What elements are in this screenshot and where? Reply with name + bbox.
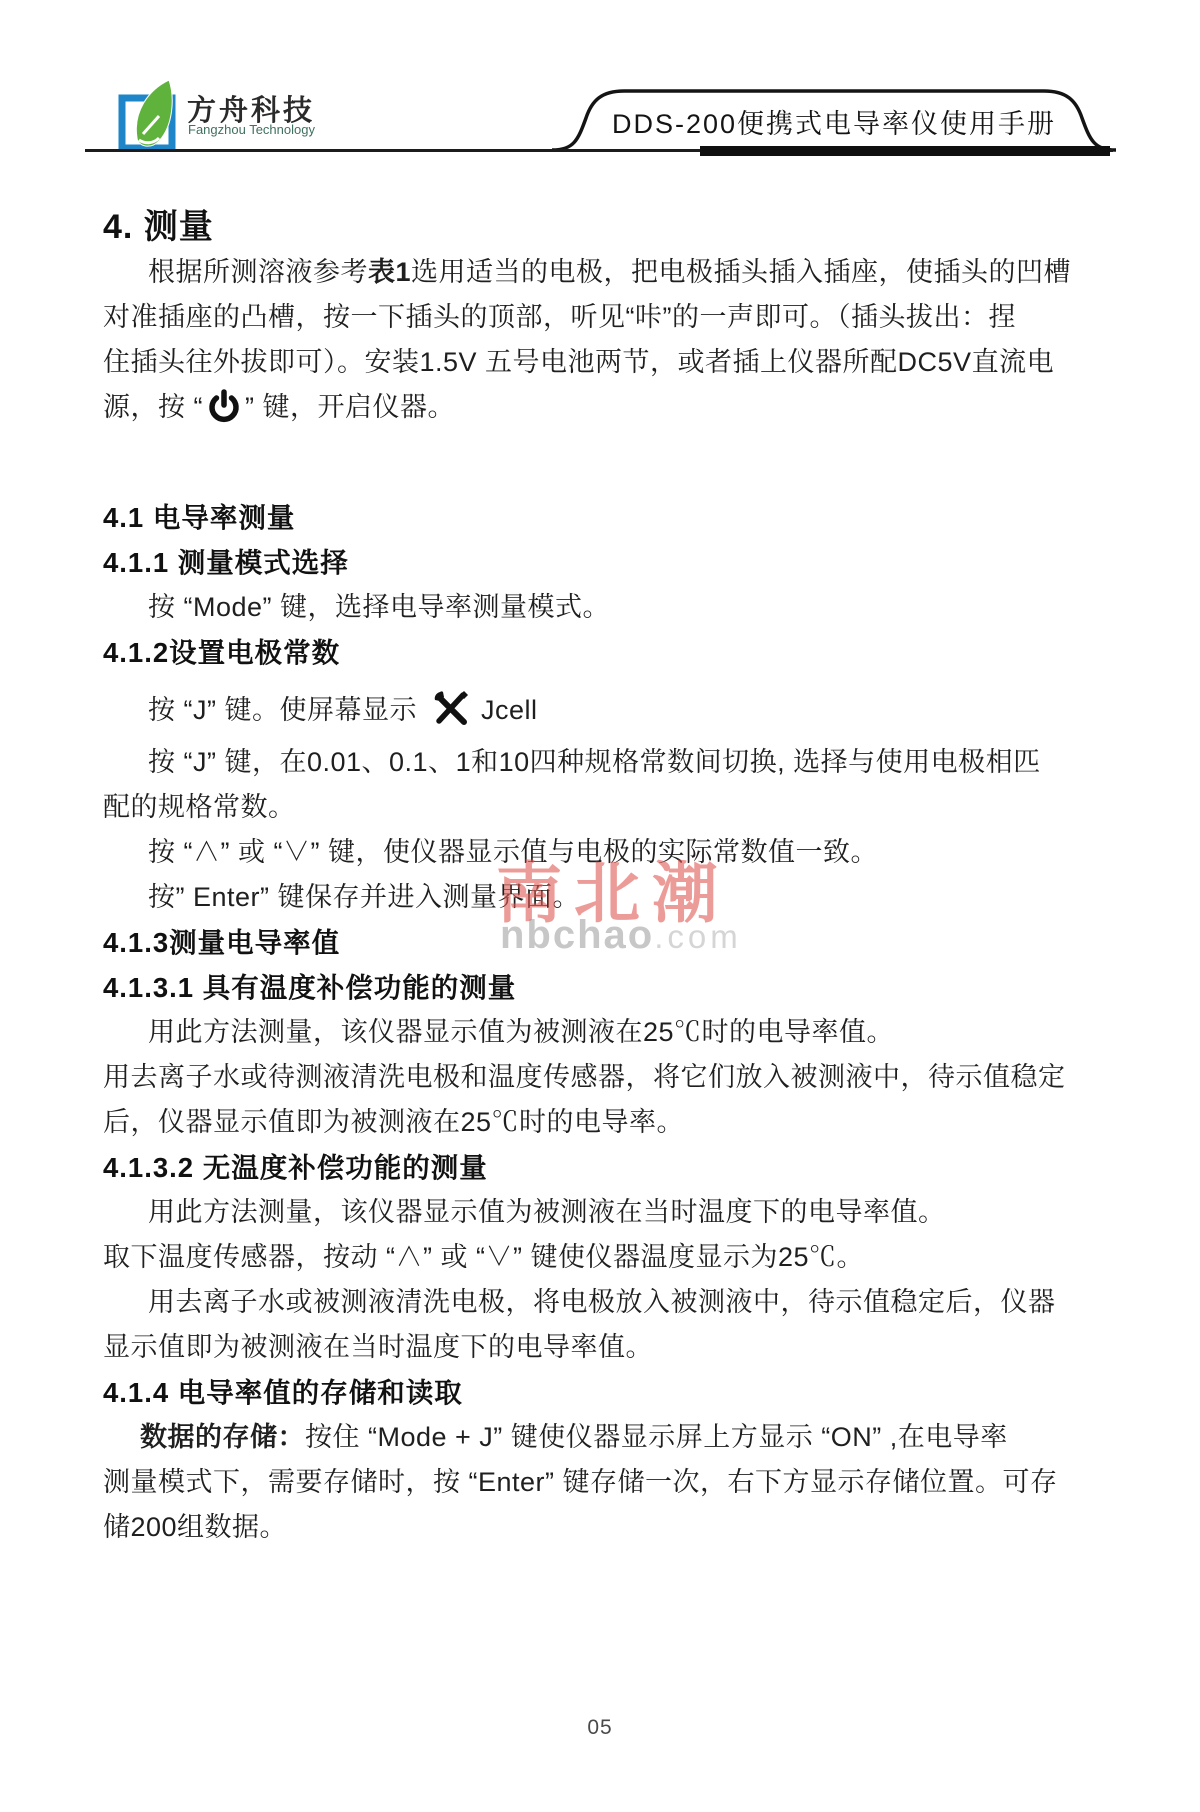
title-banner: DDS-200便携式电导率仪使用手册 — [548, 80, 1120, 152]
power-icon — [207, 389, 241, 423]
manual-title: DDS-200便携式电导率仪使用手册 — [584, 102, 1084, 141]
text-segment: 按住 “Mode + J” 键使仪器显示屏上方显示 “ON” ,在电导率 — [305, 1422, 1008, 1452]
manual-page: 方舟科技 Fangzhou Technology DDS-200便携式电导率仪使… — [0, 0, 1200, 1812]
text-segment-bold: 表1 — [368, 257, 411, 287]
text-segment: 源，按 “ — [103, 392, 203, 422]
body-line: 后，仪器显示值即为被测液在25℃时的电导率。 — [103, 1100, 1140, 1145]
section-heading-4-1-3-2: 4.1.3.2 无温度补偿功能的测量 — [103, 1145, 1140, 1190]
body-line: 按” Enter” 键保存并进入测量界面。 — [103, 875, 1140, 920]
body-line: 按 “J” 键，在0.01、0.1、1和10四种规格常数间切换, 选择与使用电极… — [103, 740, 1140, 785]
body-line: 根据所测溶液参考表1选用适当的电极，把电极插头插入插座，使插头的凹槽 — [103, 250, 1140, 295]
body-line: 对准插座的凸槽，按一下插头的顶部，听见“咔”的一声即可。（插头拔出：捏 — [103, 295, 1140, 340]
section-heading-4-1-1: 4.1.1 测量模式选择 — [103, 540, 1140, 585]
document-body: 4. 测量 根据所测溶液参考表1选用适当的电极，把电极插头插入插座，使插头的凹槽… — [103, 205, 1140, 1550]
section-heading-4-1-4: 4.1.4 电导率值的存储和读取 — [103, 1370, 1140, 1415]
text-segment: 按 “J” 键。使屏幕显示 — [148, 695, 417, 725]
body-line: 住插头往外拔即可）。安装1.5V 五号电池两节，或者插上仪器所配DC5V直流电 — [103, 340, 1140, 385]
body-line: 配的规格常数。 — [103, 785, 1140, 830]
body-line: 显示值即为被测液在当时温度下的电导率值。 — [103, 1325, 1140, 1370]
body-line: 源，按 “” 键，开启仪器。 — [103, 385, 1140, 430]
body-line: 用此方法测量，该仪器显示值为被测液在25℃时的电导率值。 — [103, 1010, 1140, 1055]
text-segment: 选用适当的电极，把电极插头插入插座，使插头的凹槽 — [411, 257, 1071, 287]
body-line: 储200组数据。 — [103, 1505, 1140, 1550]
company-logo: 方舟科技 Fangzhou Technology — [115, 78, 415, 158]
body-line: 用去离子水或被测液清洗电极，将电极放入被测液中，待示值稳定后，仪器 — [103, 1280, 1140, 1325]
body-line: 数据的存储：按住 “Mode + J” 键使仪器显示屏上方显示 “ON” ,在电… — [103, 1415, 1140, 1460]
text-segment-bold: 数据的存储： — [140, 1422, 305, 1452]
section-heading-4: 4. 测量 — [103, 205, 1140, 250]
body-line: 用此方法测量，该仪器显示值为被测液在当时温度下的电导率值。 — [103, 1190, 1140, 1235]
header-rule-thick — [700, 146, 1110, 156]
body-line: 按 “Mode” 键，选择电导率测量模式。 — [103, 585, 1140, 630]
jcell-label: Jcell — [481, 695, 538, 725]
company-name-en: Fangzhou Technology — [188, 122, 315, 137]
body-line: 取下温度传感器，按动 “∧” 或 “∨” 键使仪器温度显示为25℃。 — [103, 1235, 1140, 1280]
page-number: 05 — [0, 1716, 1200, 1740]
logo-mark — [115, 78, 185, 158]
text-segment: ” 键，开启仪器。 — [245, 392, 455, 422]
section-heading-4-1-3-1: 4.1.3.1 具有温度补偿功能的测量 — [103, 965, 1140, 1010]
body-line: 用去离子水或待测液清洗电极和温度传感器，将它们放入被测液中，待示值稳定 — [103, 1055, 1140, 1100]
tools-icon — [431, 688, 471, 728]
text-segment: 根据所测溶液参考 — [148, 257, 368, 287]
body-line: 按 “J” 键。使屏幕显示Jcell — [103, 680, 1140, 740]
body-line: 按 “∧” 或 “∨” 键，使仪器显示值与电极的实际常数值一致。 — [103, 830, 1140, 875]
body-line: 测量模式下，需要存储时，按 “Enter” 键存储一次，右下方显示存储位置。可存 — [103, 1460, 1140, 1505]
section-heading-4-1: 4.1 电导率测量 — [103, 495, 1140, 540]
section-heading-4-1-3: 4.1.3测量电导率值 — [103, 920, 1140, 965]
spacer — [103, 430, 1140, 495]
section-heading-4-1-2: 4.1.2设置电极常数 — [103, 630, 1140, 675]
